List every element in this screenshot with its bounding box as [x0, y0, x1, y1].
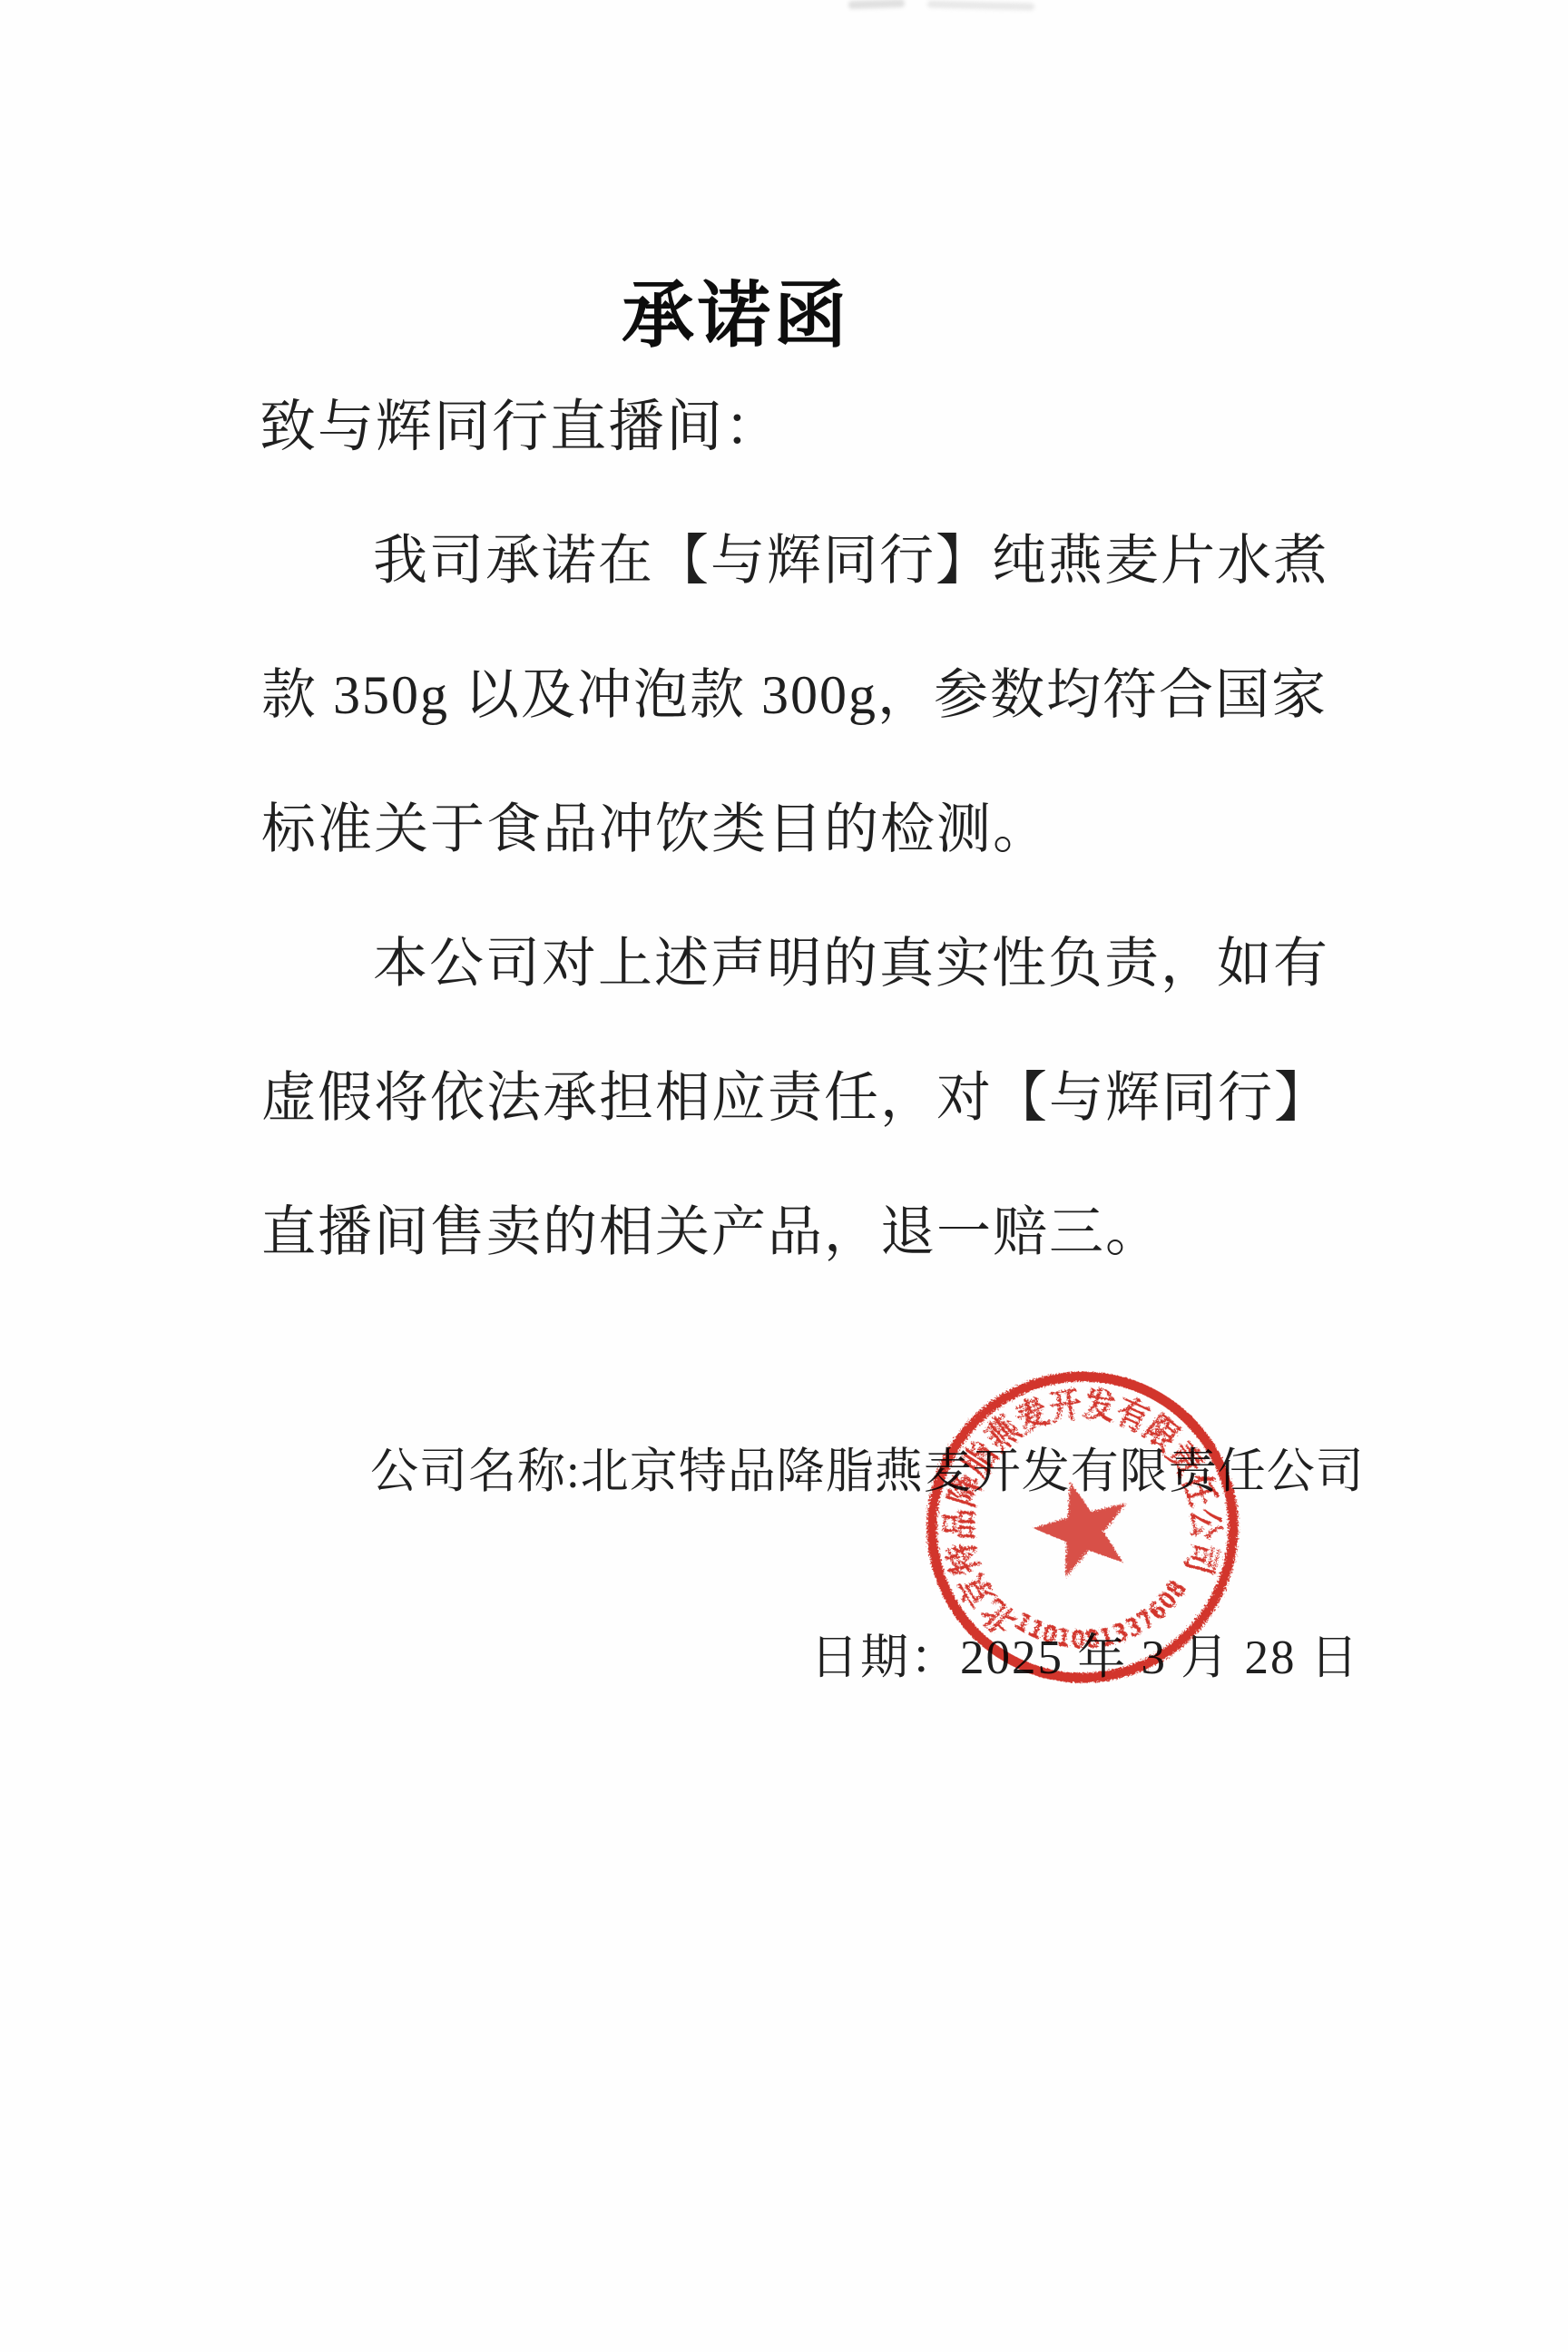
body-line: 标准关于食品冲饮类目的检测。	[261, 802, 1049, 857]
seal-serial-number: 1101081337608	[1004, 1564, 1203, 1675]
body-line: 直播间售卖的相关产品，退一赔三。	[261, 1205, 1161, 1259]
salutation-line: 致与辉同行直播间：	[260, 399, 782, 456]
seal-star-icon	[1024, 1469, 1141, 1583]
svg-text:1101081337608: 1101081337608	[1004, 1564, 1203, 1675]
company-seal: 北京特品降脂燕麦开发有限责任公司 1101081337608	[883, 1328, 1282, 1727]
letter-title: 承诺函	[622, 257, 850, 361]
body-line: 款 350g 以及冲泡款 300g，参数均符合国家	[261, 668, 1328, 722]
body-line: 本公司对上述声明的真实性负责，如有	[373, 936, 1329, 991]
scan-artifact	[848, 0, 905, 9]
body-line: 虚假将依法承担相应责任，对【与辉同行】	[261, 1071, 1330, 1125]
scan-artifact	[927, 0, 1034, 10]
body-line: 我司承诺在【与辉同行】纯燕麦片水煮	[373, 534, 1329, 588]
letter-page: 承诺函 致与辉同行直播间： 我司承诺在【与辉同行】纯燕麦片水煮 款 350g 以…	[0, 0, 1568, 2352]
